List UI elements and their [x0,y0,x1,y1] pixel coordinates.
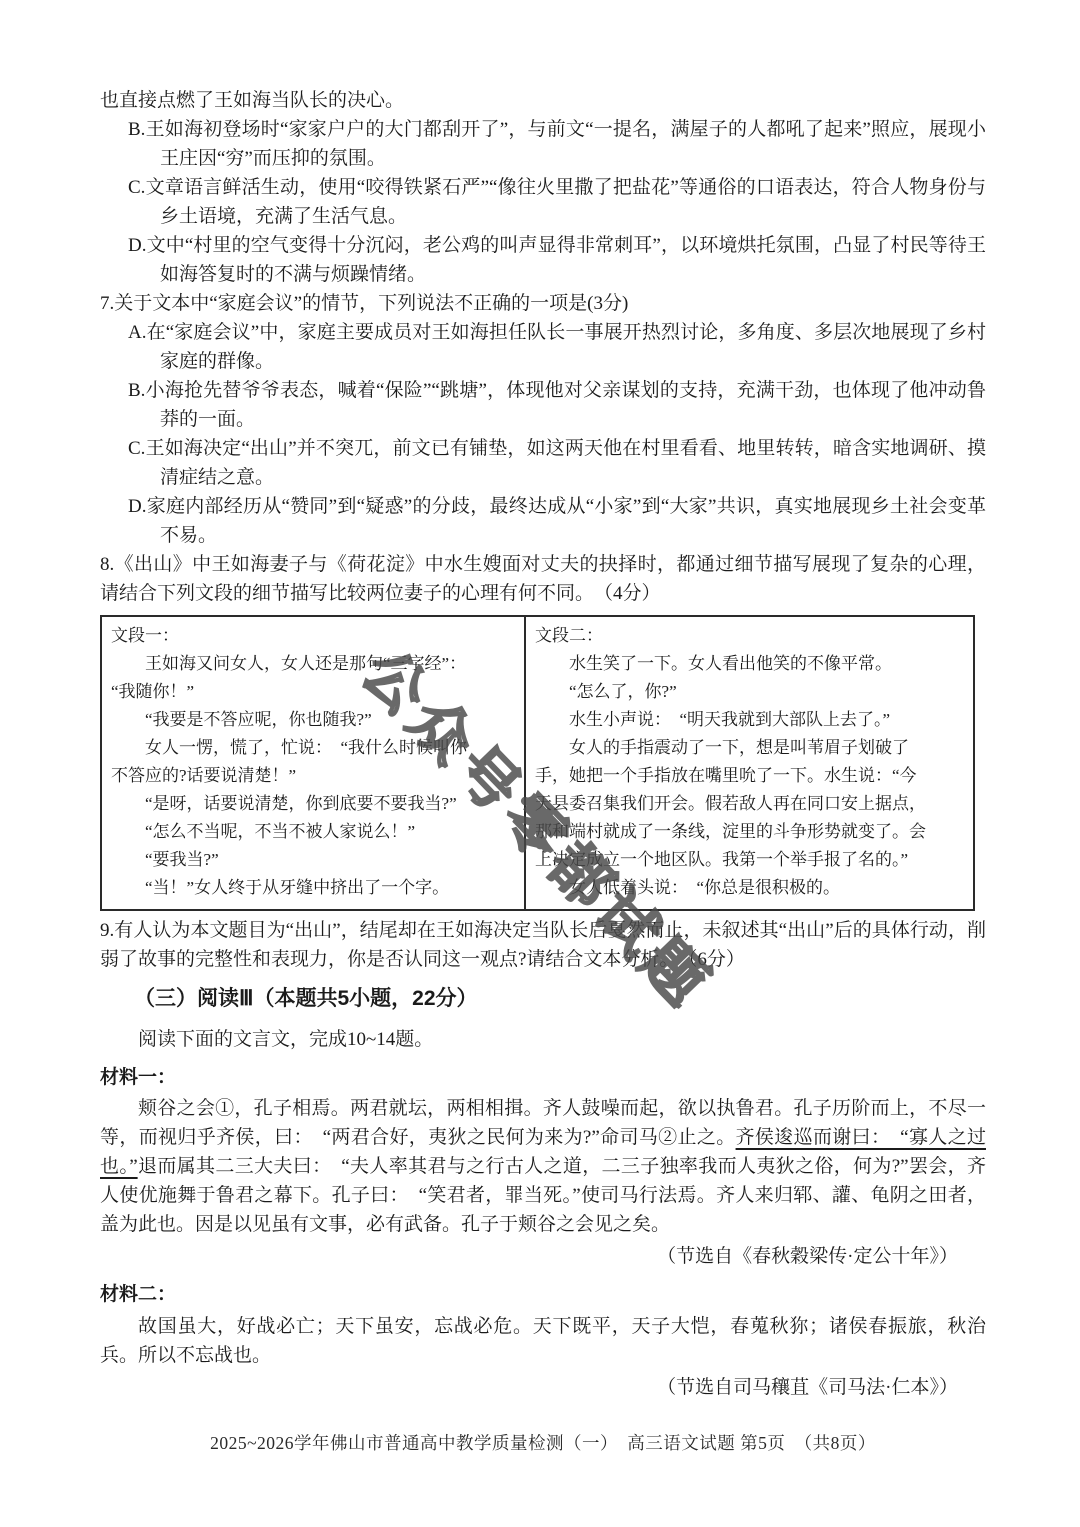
material-2-label: 材料二： [100,1280,986,1309]
q7-option-a: A.在“家庭会议”中，家庭主要成员对王如海担任队长一事展开热烈讨论，多角度、多层… [100,318,986,376]
q6-option-a-tail: 也直接点燃了王如海当队长的决心。 [100,86,986,115]
passage-2-line: 手，她把一个手指放在嘴里吮了一下。水生说：“今 [535,762,965,790]
passage-1-line: “是呀，话要说清楚，你到底要不要我当?” [111,790,516,818]
material-2-source: （节选自司马穰苴《司马法·仁本》） [100,1373,986,1402]
section-3-heading: （三）阅读Ⅲ（本题共5小题，22分） [134,983,986,1014]
q8-stem: 8.《出山》中王如海妻子与《荷花淀》中水生嫂面对丈夫的抉择时，都通过细节描写展现… [100,550,986,608]
material-1-source: （节选自《春秋穀梁传·定公十年》） [100,1242,986,1271]
passage-2-line: 上决定成立一个地区队。我第一个举手报了名的。” [535,846,965,874]
passage-1-line: “当！”女人终于从牙缝中挤出了一个字。 [111,874,516,902]
material-1-label: 材料一： [100,1063,986,1092]
q6-option-d: D.文中“村里的空气变得十分沉闷，老公鸡的叫声显得非常刺耳”，以环境烘托氛围，凸… [100,231,986,289]
passage-1-title: 文段一： [111,622,516,650]
passage-2-line: 那和端村就成了一条线，淀里的斗争形势就变了。会 [535,818,965,846]
passage-2-line: 女人低着头说： “你总是很积极的。 [535,874,965,902]
passage-1-line: 王如海又问女人，女人还是那句“三字经”： [111,650,516,678]
q7-option-b: B.小海抢先替爷爷表态，喊着“保险”“跳塘”，体现他对父亲谋划的支持，充满干劲，… [100,376,986,434]
exam-content: 也直接点燃了王如海当队长的决心。 B.王如海初登场时“家家户户的大门都刮开了”，… [100,86,986,1458]
passage-2-line: 水生小声说： “明天我就到大部队上去了。” [535,706,965,734]
q9-stem: 9.有人认为本文题目为“出山”，结尾却在王如海决定当队长后戛然而止，未叙述其“出… [100,916,986,974]
q7-option-d: D.家庭内部经历从“赞同”到“疑惑”的分歧，最终达成从“小家”到“大家”共识，真… [100,492,986,550]
q8-table-passage-2-cell: 文段二： 水生笑了一下。女人看出他笑的不像平常。 “怎么了，你?” 水生小声说：… [525,616,974,910]
q7-stem: 7.关于文本中“家庭会议”的情节，下列说法不正确的一项是(3分) [100,289,986,318]
passage-1-line: “怎么不当呢，不当不被人家说么！” [111,818,516,846]
q6-option-b: B.王如海初登场时“家家户户的大门都刮开了”，与前文“一提名，满屋子的人都吼了起… [100,115,986,173]
passage-1-line: 不答应的?话要说清楚！” [111,762,516,790]
material-2-text: 故国虽大，好战必亡；天下虽安，忘战必危。天下既平，天子大恺，春蒐秋狝；诸侯春振旅… [100,1312,986,1370]
passage-1-line: “我要是不答应呢，你也随我?” [111,706,516,734]
passage-2-line: 水生笑了一下。女人看出他笑的不像平常。 [535,650,965,678]
q6-option-c: C.文章语言鲜活生动，使用“咬得铁紧石严”“像往火里撒了把盐花”等通俗的口语表达… [100,173,986,231]
passage-1-line: 女人一愣，慌了，忙说： “我什么时候叫你 [111,734,516,762]
passage-2-line: 天县委召集我们开会。假若敌人再在同口安上据点， [535,790,965,818]
exam-page: 也直接点燃了王如海当队长的决心。 B.王如海初登场时“家家户户的大门都刮开了”，… [0,0,1080,1527]
passage-1-line: “我随你！” [111,678,516,706]
passage-2-title: 文段二： [535,622,965,650]
page-footer: 2025~2026学年佛山市普通高中教学质量检测（一） 高三语文试题 第5页 （… [100,1429,986,1458]
q8-comparison-table: 文段一： 王如海又问女人，女人还是那句“三字经”： “我随你！” “我要是不答应… [100,615,975,911]
passage-1-line: “要我当?” [111,846,516,874]
q8-table-passage-1-cell: 文段一： 王如海又问女人，女人还是那句“三字经”： “我随你！” “我要是不答应… [101,616,525,910]
material-1-post: 退而属其二三大夫曰： “夫人率其君与之行古人之道，二三子独率我而人夷狄之俗，何为… [100,1156,986,1235]
section-3-intro: 阅读下面的文言文，完成10~14题。 [100,1025,986,1054]
passage-2-line: “怎么了，你?” [535,678,965,706]
passage-2-line: 女人的手指震动了一下，想是叫苇眉子划破了 [535,734,965,762]
q7-option-c: C.王如海决定“出山”并不突兀，前文已有铺垫，如这两天他在村里看看、地里转转，暗… [100,434,986,492]
material-1-text: 颊谷之会①，孔子相焉。两君就坛，两相相揖。齐人鼓噪而起，欲以执鲁君。孔子历阶而上… [100,1094,986,1239]
